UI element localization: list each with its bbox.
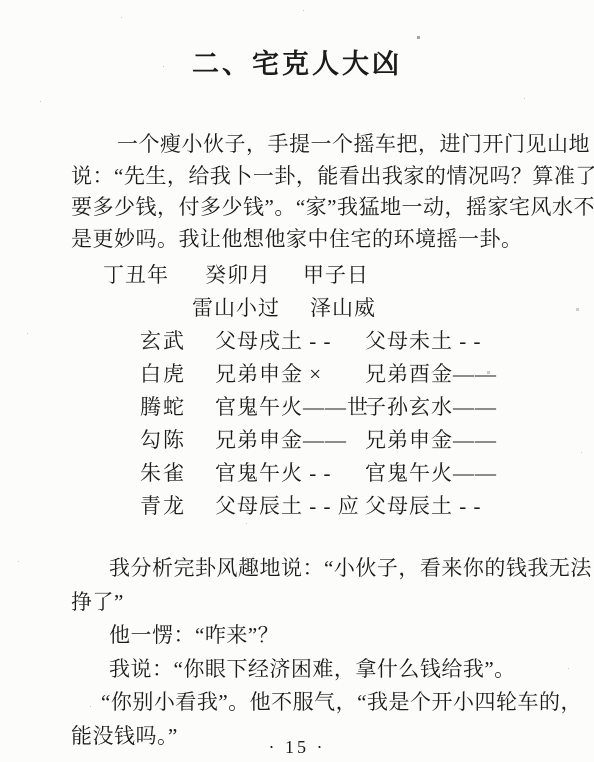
- year-pillar: 丁丑年: [103, 259, 169, 292]
- six-spirit-label: 勾陈: [140, 424, 186, 457]
- paragraph-line: 要多少钱，付多少钱”。“家”我猛地一动，摇家宅风水不: [71, 192, 594, 224]
- paragraph-line: 说：“先生，给我卜一卦，能看出我家的情况吗？算准了，: [71, 161, 594, 193]
- changed-gua-line: 子孙玄水——: [365, 391, 497, 424]
- six-spirit-label: 玄武: [140, 325, 186, 358]
- table-row: 白虎 兄弟申金 × 兄弟酉金——: [0, 358, 594, 391]
- main-gua-line: 父母戌土 - -: [215, 325, 332, 358]
- changed-gua-line: 父母辰土 - -: [365, 490, 482, 523]
- changed-gua-name: 泽山威: [310, 292, 376, 325]
- main-gua-line: 官鬼午火——世: [215, 391, 369, 424]
- gua-name-row: 雷山小过 泽山威: [0, 292, 594, 325]
- paragraph-line: 我说：“你眼下经济困难，拿什么钱给我”。: [71, 653, 592, 687]
- changed-gua-line: 官鬼午火——: [365, 457, 497, 490]
- paragraph-line: 一个瘦小伙子，手提一个摇车把，进门开门见山地: [71, 129, 594, 161]
- changed-gua-line: 父母未土 - -: [365, 325, 482, 358]
- main-gua-name: 雷山小过: [192, 292, 280, 325]
- scan-noise: [0, 0, 1, 1]
- dialogue-section: 我分析完卦风趣地说：“小伙子，看来你的钱我无法 挣了” 他一愣：“咋来”？ 我说…: [71, 552, 592, 753]
- paragraph-line: 我分析完卦风趣地说：“小伙子，看来你的钱我无法: [71, 552, 592, 586]
- main-gua-line: 兄弟申金 ×: [215, 358, 322, 391]
- chapter-title: 二、宅克人大凶: [0, 48, 594, 80]
- six-spirit-label: 朱雀: [140, 457, 186, 490]
- main-gua-line: 兄弟申金——: [215, 424, 347, 457]
- day-pillar: 甲子日: [303, 259, 369, 292]
- six-spirit-label: 白虎: [140, 358, 186, 391]
- table-row: 玄武 父母戌土 - - 父母未土 - -: [0, 325, 594, 358]
- main-gua-line: 官鬼午火 - -: [215, 457, 332, 490]
- hexagram-table: 丁丑年 癸卯月 甲子日 雷山小过 泽山威 玄武 父母戌土 - - 父母未土 - …: [0, 259, 594, 523]
- paragraph-line: 挣了”: [71, 586, 592, 620]
- book-page: 二、宅克人大凶 一个瘦小伙子，手提一个摇车把，进门开门见山地 说：“先生，给我卜…: [0, 0, 594, 762]
- main-gua-line: 父母辰土 - - 应: [215, 490, 360, 523]
- table-row: 青龙 父母辰土 - - 应 父母辰土 - -: [0, 490, 594, 523]
- paragraph-line: 他一愣：“咋来”？: [71, 619, 592, 653]
- paragraph-line: “你别小看我”。他不服气，“我是个开小四轮车的，: [71, 686, 592, 720]
- table-row: 腾蛇 官鬼午火——世 子孙玄水——: [0, 391, 594, 424]
- month-pillar: 癸卯月: [205, 259, 271, 292]
- table-row: 勾陈 兄弟申金—— 兄弟申金——: [0, 424, 594, 457]
- changed-gua-line: 兄弟酉金——: [365, 358, 497, 391]
- paragraph-intro: 一个瘦小伙子，手提一个摇车把，进门开门见山地 说：“先生，给我卜一卦，能看出我家…: [71, 129, 594, 255]
- changed-gua-line: 兄弟申金——: [365, 424, 497, 457]
- page-number: · 15 ·: [0, 737, 594, 758]
- paragraph-line: 是更妙吗。我让他想他家中住宅的环境摇一卦。: [71, 224, 594, 256]
- six-spirit-label: 腾蛇: [140, 391, 186, 424]
- six-spirit-label: 青龙: [140, 490, 186, 523]
- date-row: 丁丑年 癸卯月 甲子日: [0, 259, 594, 292]
- table-row: 朱雀 官鬼午火 - - 官鬼午火——: [0, 457, 594, 490]
